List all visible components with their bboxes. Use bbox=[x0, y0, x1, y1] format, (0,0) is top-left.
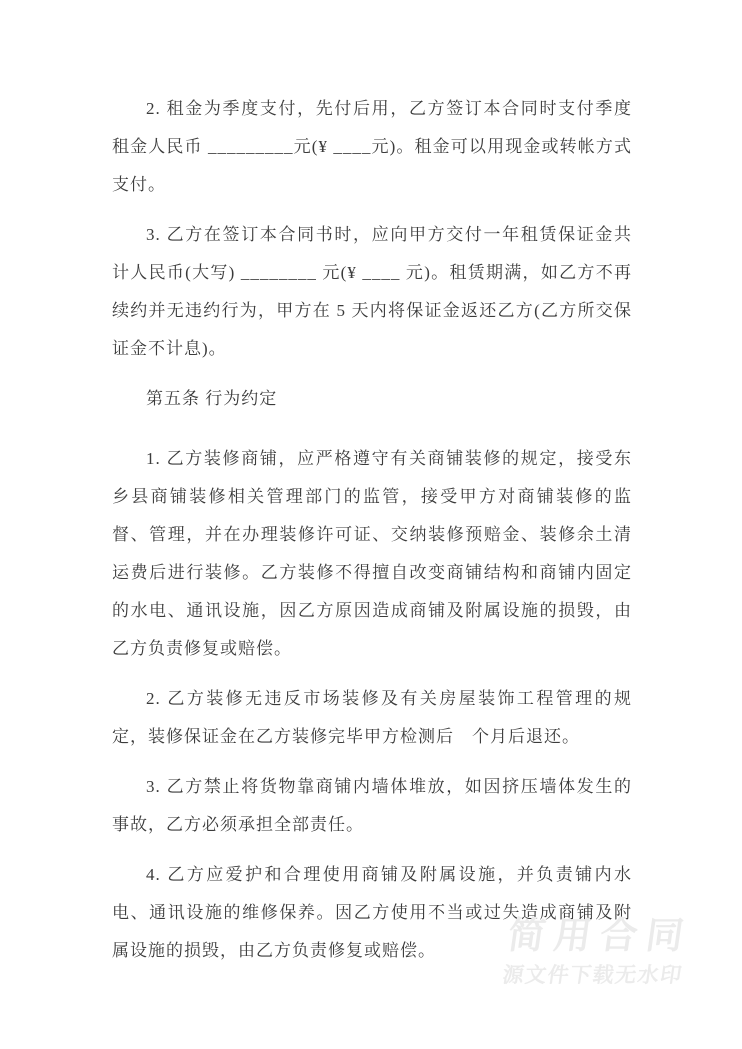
contract-body: 2. 租金为季度支付，先付后用，乙方签订本合同时支付季度租金人民币 ______… bbox=[112, 90, 632, 970]
contract-page: 2. 租金为季度支付，先付后用，乙方签订本合同时支付季度租金人民币 ______… bbox=[0, 0, 742, 1049]
clause-care-and-maintenance: 4. 乙方应爱护和合理使用商铺及附属设施，并负责铺内水电、通讯设施的维修保养。因… bbox=[112, 856, 632, 970]
section-heading-article-5: 第五条 行为约定 bbox=[112, 380, 632, 418]
clause-decoration-deposit-refund: 2. 乙方装修无违反市场装修及有关房屋装饰工程管理的规定，装修保证金在乙方装修完… bbox=[112, 680, 632, 756]
clause-rent-payment: 2. 租金为季度支付，先付后用，乙方签订本合同时支付季度租金人民币 ______… bbox=[112, 90, 632, 204]
clause-decoration-rules: 1. 乙方装修商铺，应严格遵守有关商铺装修的规定，接受东乡县商铺装修相关管理部门… bbox=[112, 440, 632, 668]
clause-no-wall-stacking: 3. 乙方禁止将货物靠商铺内墙体堆放，如因挤压墙体发生的事故，乙方必须承担全部责… bbox=[112, 768, 632, 844]
clause-security-deposit: 3. 乙方在签订本合同书时，应向甲方交付一年租赁保证金共计人民币(大写) ___… bbox=[112, 216, 632, 368]
